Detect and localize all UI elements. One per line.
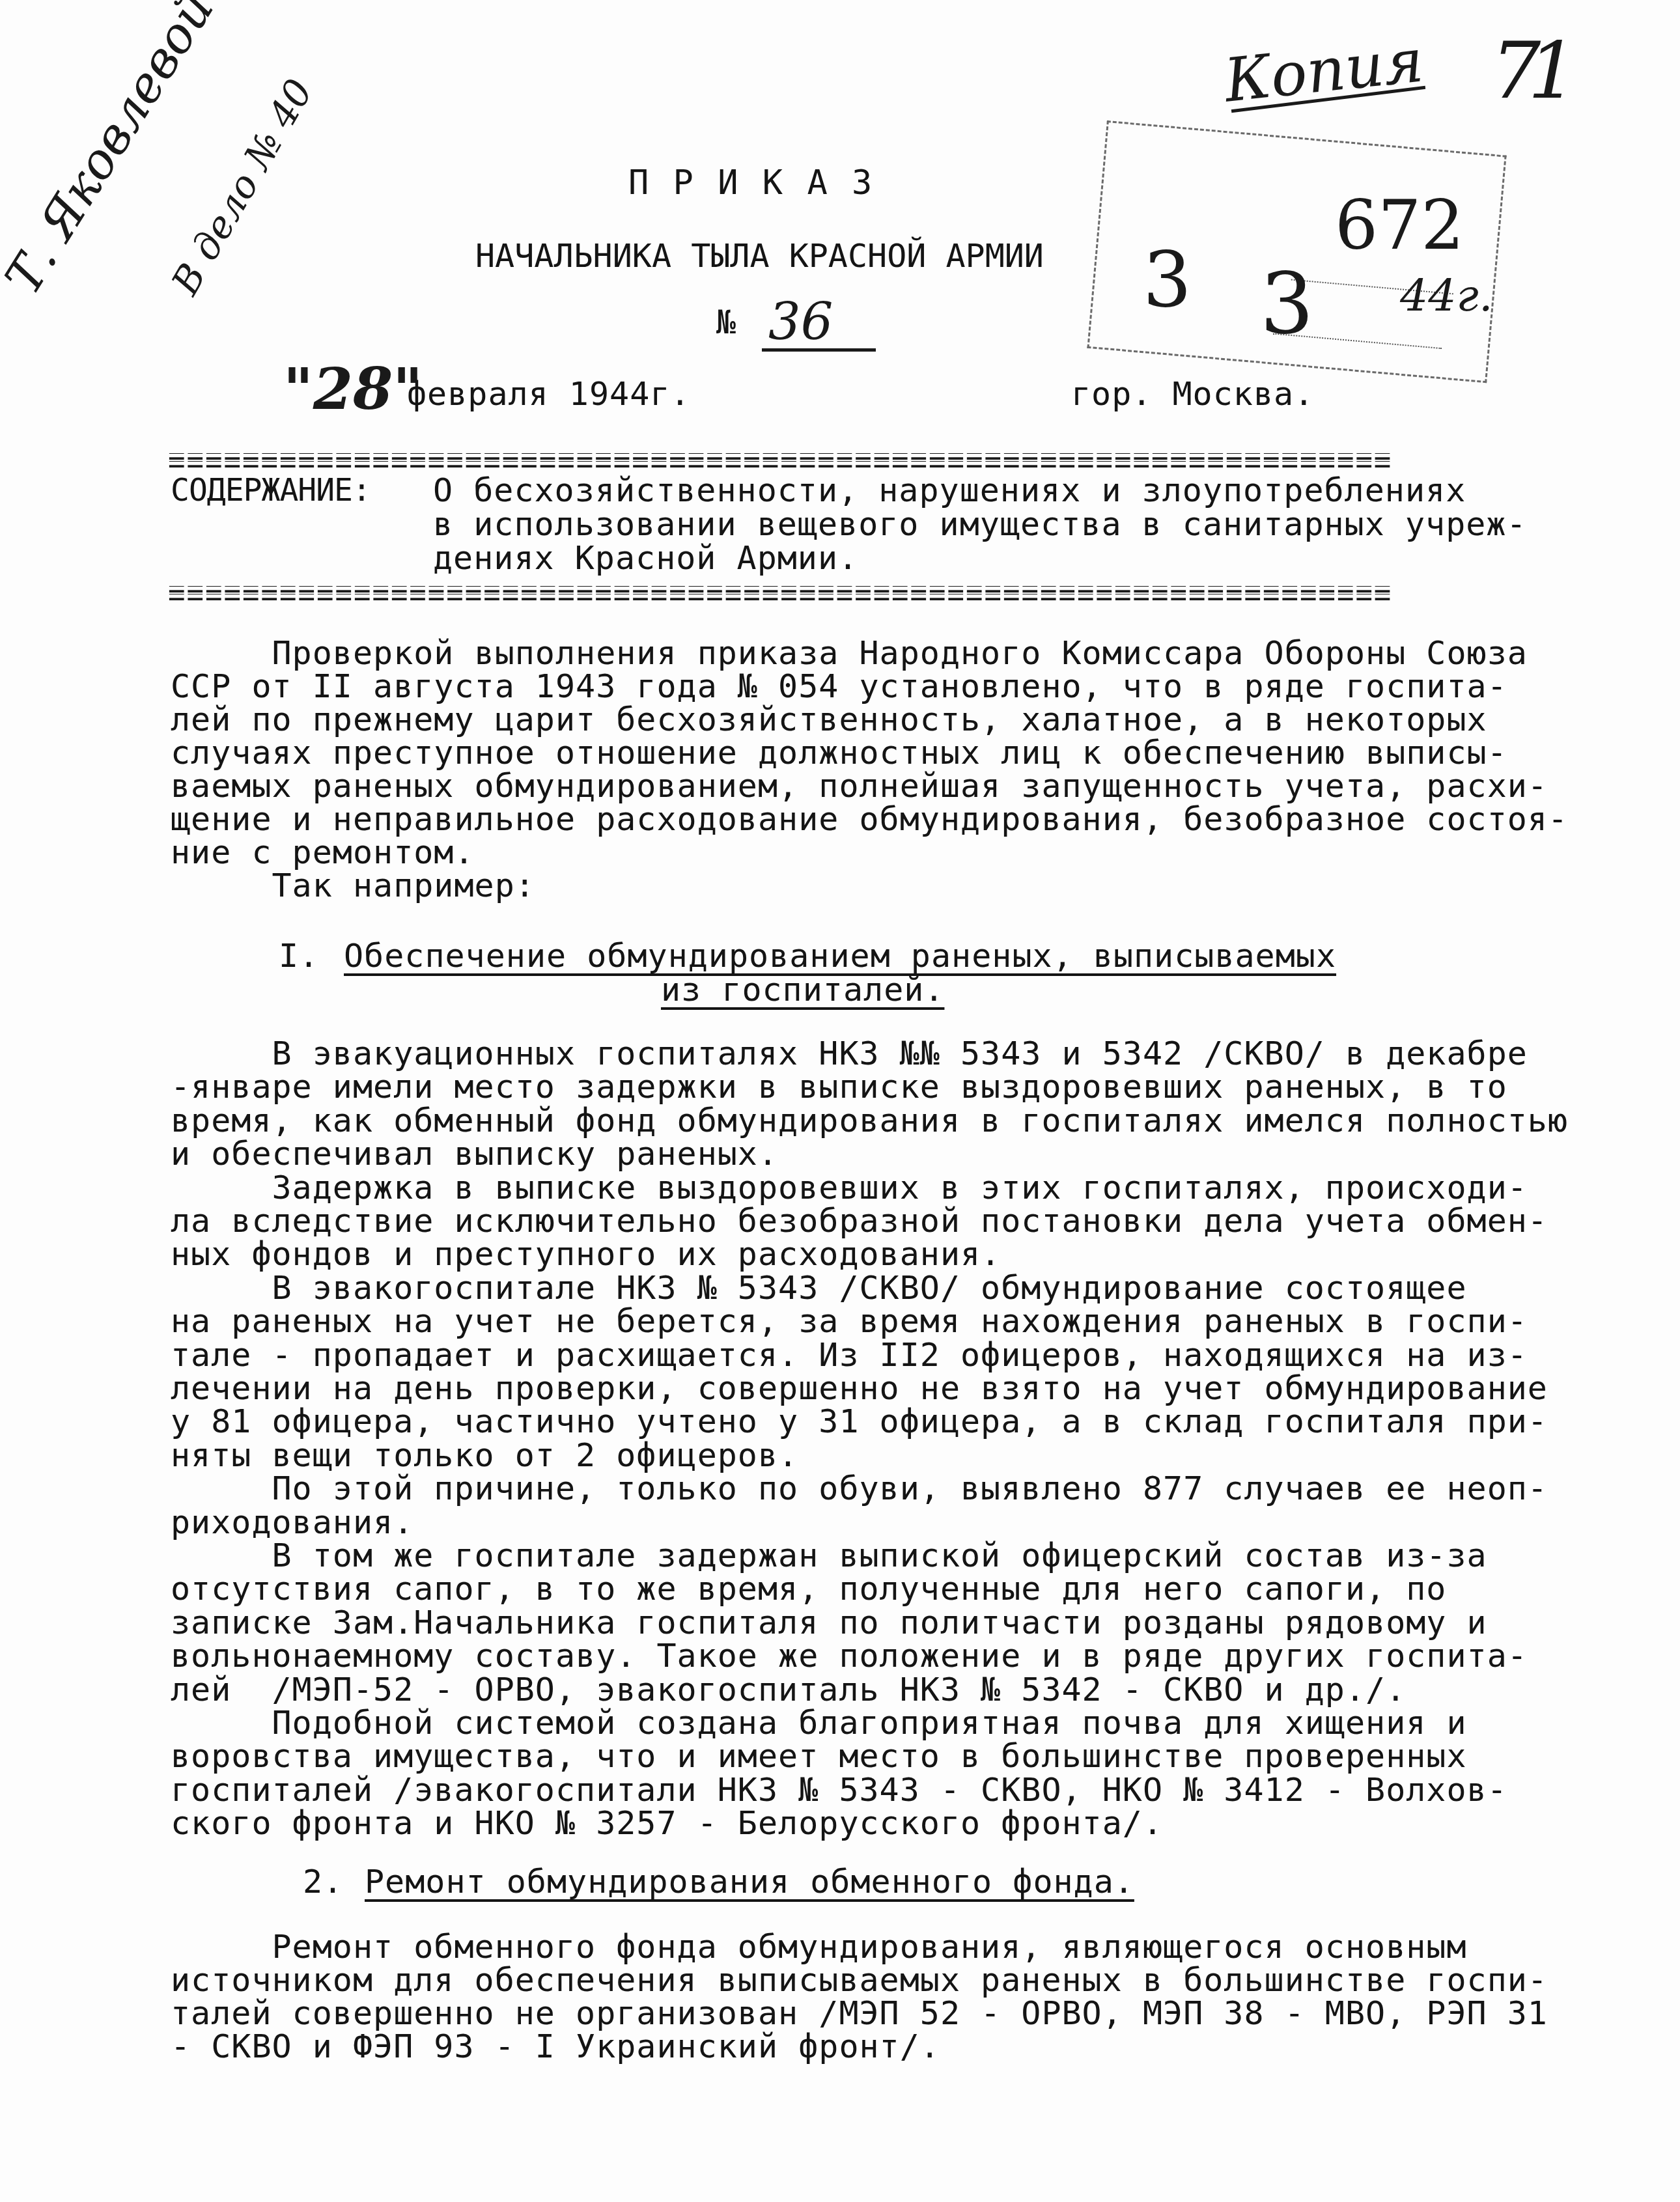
order-number: 36: [768, 293, 833, 352]
body-line: ла вследствие исключительно безобразной …: [171, 1205, 1548, 1238]
copy-annotation: Копия: [1221, 25, 1427, 115]
body-line: ных фондов и преступного их расходования…: [171, 1238, 1001, 1271]
body-line: Задержка в выписке выздоровевших в этих …: [171, 1171, 1528, 1205]
contents-label: СОДЕРЖАНИЕ:: [171, 474, 371, 507]
stamp-day: 3: [1143, 234, 1192, 324]
body-line: В эвакогоспитале НКЗ № 5343 /СКВО/ обмун…: [171, 1272, 1467, 1305]
body-line: и обеспечивал выписку раненых.: [171, 1137, 778, 1171]
order-title: П Р И К А З: [628, 167, 872, 200]
body-line: риходования.: [171, 1506, 413, 1539]
document-page: Копия 71 672 3 3 44г. Т. Яковлевой В дел…: [0, 0, 1680, 2202]
body-line: у 81 офицера, частично учтено у 31 офице…: [171, 1405, 1548, 1438]
body-line: Проверкой выполнения приказа Народного К…: [171, 637, 1528, 670]
body-line: щение и неправильное расходование обмунд…: [171, 803, 1568, 836]
body-line: ваемых раненых обмундированием, полнейша…: [171, 770, 1548, 803]
order-date: февраля 1944г.: [407, 378, 690, 411]
section-1-number: I.: [279, 940, 319, 973]
section-2-heading: Ремонт обмундирования обменного фонда.: [365, 1865, 1134, 1899]
body-line: воровства имущества, что и имеет место в…: [171, 1740, 1467, 1773]
separator-top: ========================================…: [168, 453, 1680, 469]
order-number-label: №: [716, 306, 736, 339]
order-number-underline: [762, 348, 876, 352]
body-line: источником для обеспечения выписываемых …: [171, 1964, 1548, 1997]
order-day: "28": [283, 355, 423, 423]
body-line: - СКВО и ФЭП 93 - I Украинский фронт/.: [171, 2030, 940, 2063]
body-line: госпиталей /эвакогоспитали НКЗ № 5343 - …: [171, 1774, 1507, 1807]
body-line: талей совершенно не организован /МЭП 52 …: [171, 1997, 1548, 2030]
body-line: время, как обменный фонд обмундирования …: [171, 1104, 1568, 1137]
sheet-number-mark: 71: [1491, 26, 1565, 117]
body-line: на раненых на учет не берется, за время …: [171, 1305, 1528, 1338]
contents-line-1: О бесхозяйственности, нарушениях и злоуп…: [433, 474, 1466, 507]
order-city: гор. Москва.: [1071, 378, 1314, 411]
section-2-number: 2.: [303, 1865, 343, 1899]
body-line: отсутствия сапог, в то же время, получен…: [171, 1572, 1446, 1606]
body-line: Ремонт обменного фонда обмундирования, я…: [171, 1930, 1467, 1964]
body-line: ского фронта и НКО № 3257 - Белорусского…: [171, 1807, 1163, 1840]
stamp-number: 672: [1335, 186, 1464, 265]
separator-bottom: ========================================…: [168, 586, 1680, 602]
body-line: Подобной системой создана благоприятная …: [171, 1707, 1467, 1740]
body-line: По этой причине, только по обуви, выявле…: [171, 1472, 1548, 1505]
body-line: лей /МЭП-52 - ОРВО, эвакогоспиталь НКЗ №…: [171, 1673, 1406, 1707]
body-line: Так например:: [171, 869, 535, 902]
body-line: В том же госпитале задержан выпиской офи…: [171, 1539, 1487, 1572]
body-line: ние с ремонтом.: [171, 836, 475, 869]
contents-line-2: в использовании вещевого имущества в сан…: [433, 508, 1527, 541]
section-1-heading-line-2: из госпиталей.: [661, 973, 944, 1007]
resolution-file-note: В дело № 40: [163, 72, 322, 302]
body-line: -январе имели место задержки в выписке в…: [171, 1070, 1507, 1104]
body-line: вольнонаемному составу. Такое же положен…: [171, 1639, 1528, 1673]
body-line: няты вещи только от 2 офицеров.: [171, 1439, 798, 1472]
section-1-heading-line-1: Обеспечение обмундированием раненых, вып…: [344, 940, 1336, 973]
body-line: ССР от II августа 1943 года № 054 устано…: [171, 670, 1507, 703]
contents-line-3: дениях Красной Армии.: [433, 542, 858, 575]
body-line: лечении на день проверки, совершенно не …: [171, 1372, 1548, 1405]
body-line: лей по прежнему царит бесхозяйственность…: [171, 703, 1487, 736]
body-line: тале - пропадает и расхищается. Из II2 о…: [171, 1339, 1528, 1372]
body-line: случаях преступное отношение должностных…: [171, 736, 1507, 770]
stamp-year: 44г.: [1400, 270, 1493, 322]
body-line: В эвакуационных госпиталях НКЗ №№ 5343 и…: [171, 1037, 1528, 1070]
stamp-month: 3: [1260, 254, 1314, 353]
order-issuer: НАЧАЛЬНИКА ТЫЛА КРАСНОЙ АРМИИ: [475, 240, 1044, 273]
body-line: записке Зам.Начальника госпиталя по поли…: [171, 1606, 1487, 1639]
